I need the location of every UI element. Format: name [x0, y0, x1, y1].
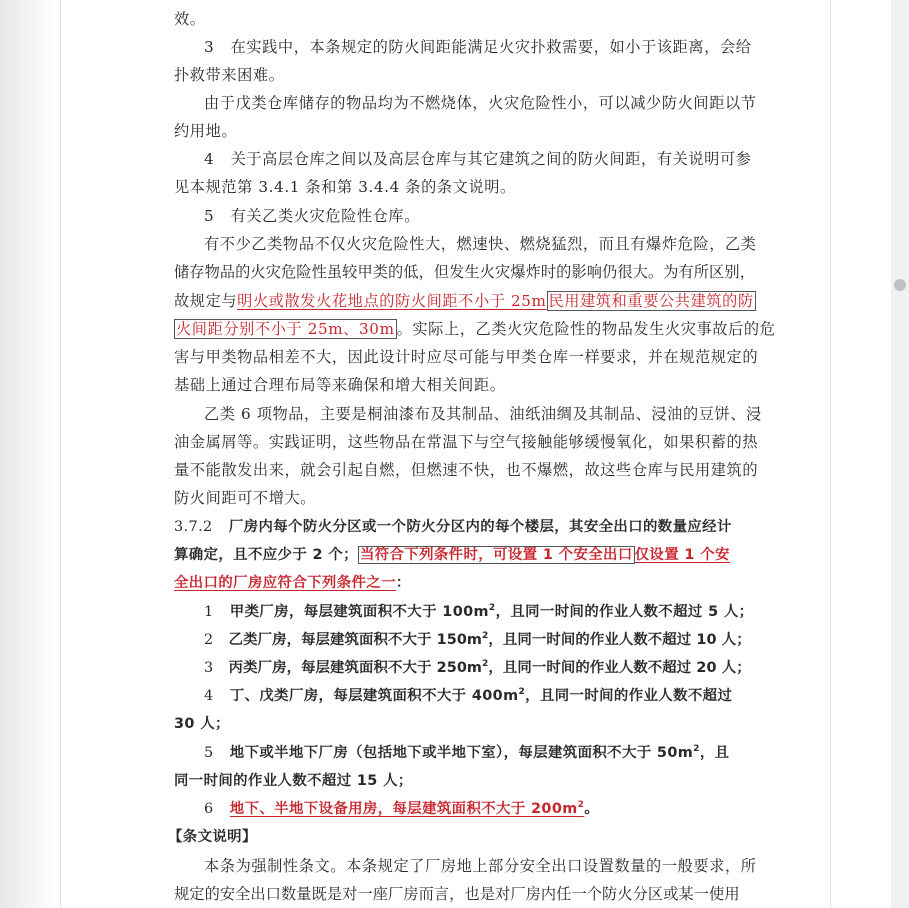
- page-edge-left: [60, 0, 61, 908]
- explanation-heading: 【条文说明】: [168, 826, 257, 848]
- item-text: 。: [584, 801, 599, 817]
- condition-continuation: 同一时间的作业人数不超过 15 人；: [174, 770, 413, 792]
- condition-item: 5 地下或半地下厂房（包括地下或半地下室），每层建筑面积不大于 50m2，且: [174, 742, 729, 764]
- left-gutter: [0, 0, 60, 908]
- vertical-scrollbar[interactable]: [891, 0, 909, 908]
- text-line: 效。: [174, 8, 206, 30]
- item-text: 甲类厂房，每层建筑面积不大于 100m: [230, 604, 489, 620]
- condition-item: 1 甲类厂房，每层建筑面积不大于 100m2，且同一时间的作业人数不超过 5 人…: [174, 601, 753, 623]
- item-number: 5: [204, 207, 214, 225]
- clause-line: 算确定，且不应少于 2 个；当符合下列条件时，可设置 1 个安全出口仅设置 1 …: [174, 544, 730, 566]
- item-number: 1: [204, 604, 214, 620]
- text-line-revision: 故规定与明火或散发火花地点的防火间距不小于 25m民用建筑和重要公共建筑的防: [174, 290, 756, 312]
- condition-item: 4 丁、戊类厂房，每层建筑面积不大于 400m2，且同一时间的作业人数不超过: [174, 685, 732, 707]
- item-text: 在实践中，本条规定的防火间距能满足火灾扑救需要，如小于该距离，会给: [231, 38, 752, 56]
- text-line: 害与甲类物品相差不大，因此设计时应尽可能与甲类仓库一样要求，并在规范规定的: [174, 346, 758, 368]
- clause-number: 3.7.2: [174, 519, 213, 535]
- item-text: ，且同一时间的作业人数不超过: [525, 688, 732, 704]
- text-span: 故规定与: [174, 292, 237, 310]
- condition-continuation: 30 人；: [174, 713, 230, 735]
- text-span: 。实际上，乙类火灾危险性的物品发生火灾事故后的危: [397, 320, 776, 338]
- item-text: 丙类厂房，每层建筑面积不大于 250m: [229, 660, 482, 676]
- text-line: 本条为强制性条文。本条规定了厂房地上部分安全出口设置数量的一般要求，所: [174, 855, 757, 877]
- deleted-text-box: 火间距分别不小于 25m、30m: [174, 319, 397, 339]
- text-line: 规定的安全出口数量既是对一座厂房而言，也是对厂房内任一个防火分区或某一使用: [174, 883, 740, 905]
- text-line: 储存物品的火灾危险性虽较甲类的低，但发生火灾爆炸时的影响仍很大。为有所区别，: [174, 261, 755, 283]
- superscript: 2: [693, 744, 700, 754]
- text-line: 约用地。: [174, 120, 237, 142]
- condition-item-revision: 6 地下、半地下设备用房，每层建筑面积不大于 200m2。: [174, 798, 599, 820]
- item-text: ，且同一时间的作业人数不超过 10 人；: [488, 632, 750, 648]
- text-line: 有不少乙类物品不仅火灾危险性大，燃速快、燃烧猛烈，而且有爆炸危险，乙类: [174, 233, 757, 255]
- inserted-text: 明火或散发火花地点的防火间距不小于 25m: [237, 292, 546, 310]
- text-line: 5 有关乙类火灾危险性仓库。: [174, 205, 420, 227]
- item-text: 关于高层仓库之间以及高层仓库与其它建筑之间的防火间距，有关说明可参: [231, 150, 752, 168]
- deleted-text-box: 当符合下列条件时，可设置 1 个安全出口: [358, 546, 635, 564]
- text-span: 算确定，且不应少于 2 个；: [174, 547, 358, 563]
- text-line: 4 关于高层仓库之间以及高层仓库与其它建筑之间的防火间距，有关说明可参: [174, 148, 752, 170]
- item-number: 2: [204, 632, 213, 648]
- item-number: 5: [204, 745, 214, 761]
- text-span: ：: [396, 575, 411, 591]
- text-line: 由于戊类仓库储存的物品均为不燃烧体，火灾危险性小，可以减少防火间距以节: [174, 92, 757, 114]
- item-number: 3: [204, 38, 214, 56]
- inserted-text: 仅设置 1 个安: [635, 547, 730, 563]
- text-line: 3 在实践中，本条规定的防火间距能满足火灾扑救需要，如小于该距离，会给: [174, 36, 752, 58]
- text-line-revision: 火间距分别不小于 25m、30m。实际上，乙类火灾危险性的物品发生火灾事故后的危: [174, 318, 775, 340]
- clause-text: 厂房内每个防火分区或一个防火分区内的每个楼层，其安全出口的数量应经计: [229, 519, 732, 535]
- condition-item: 2 乙类厂房，每层建筑面积不大于 150m2，且同一时间的作业人数不超过 10 …: [174, 629, 751, 651]
- item-text: ，且同一时间的作业人数不超过 20 人；: [488, 660, 750, 676]
- item-text: 乙类厂房，每层建筑面积不大于 150m: [229, 632, 482, 648]
- clause-heading: 3.7.2 厂房内每个防火分区或一个防火分区内的每个楼层，其安全出口的数量应经计: [174, 516, 732, 538]
- text-line: 扑救带来困难。: [174, 64, 285, 86]
- item-number: 3: [204, 660, 213, 676]
- text-line: 防火间距可不增大。: [174, 487, 316, 509]
- right-margin: [831, 0, 891, 908]
- item-text: 地下或半地下厂房（包括地下或半地下室），每层建筑面积不大于 50m: [230, 745, 693, 761]
- clause-line: 全出口的厂房应符合下列条件之一：: [174, 572, 411, 594]
- item-text: ，且同一时间的作业人数不超过 5 人；: [496, 604, 754, 620]
- text-line: 见本规范第 3.4.1 条和第 3.4.4 条的条文说明。: [174, 176, 516, 198]
- superscript: 2: [489, 603, 496, 613]
- inserted-text: 地下、半地下设备用房，每层建筑面积不大于 200m2: [230, 801, 585, 817]
- scrollbar-thumb[interactable]: [894, 279, 906, 291]
- item-text: ，且: [700, 745, 730, 761]
- item-text: 丁、戊类厂房，每层建筑面积不大于 400m: [230, 688, 519, 704]
- item-number: 6: [204, 801, 214, 817]
- text-line: 基础上通过合理布局等来确保和增大相关间距。: [174, 374, 506, 396]
- inserted-text: 全出口的厂房应符合下列条件之一: [174, 575, 396, 591]
- text-line: 量不能散发出来，就会引起自燃，但燃速不快，也不爆燃，故这些仓库与民用建筑的: [174, 459, 758, 481]
- condition-item: 3 丙类厂房，每层建筑面积不大于 250m2，且同一时间的作业人数不超过 20 …: [174, 657, 751, 679]
- item-text: 有关乙类火灾危险性仓库。: [231, 207, 420, 225]
- item-number: 4: [204, 150, 214, 168]
- text-line: 乙类 6 项物品，主要是桐油漆布及其制品、油纸油绸及其制品、浸油的豆饼、浸: [174, 403, 762, 425]
- deleted-text-box: 民用建筑和重要公共建筑的防: [547, 291, 756, 311]
- text-line: 油金属屑等。实践证明，这些物品在常温下与空气接触能够缓慢氧化，如果积蓄的热: [174, 431, 758, 453]
- item-number: 4: [204, 688, 214, 704]
